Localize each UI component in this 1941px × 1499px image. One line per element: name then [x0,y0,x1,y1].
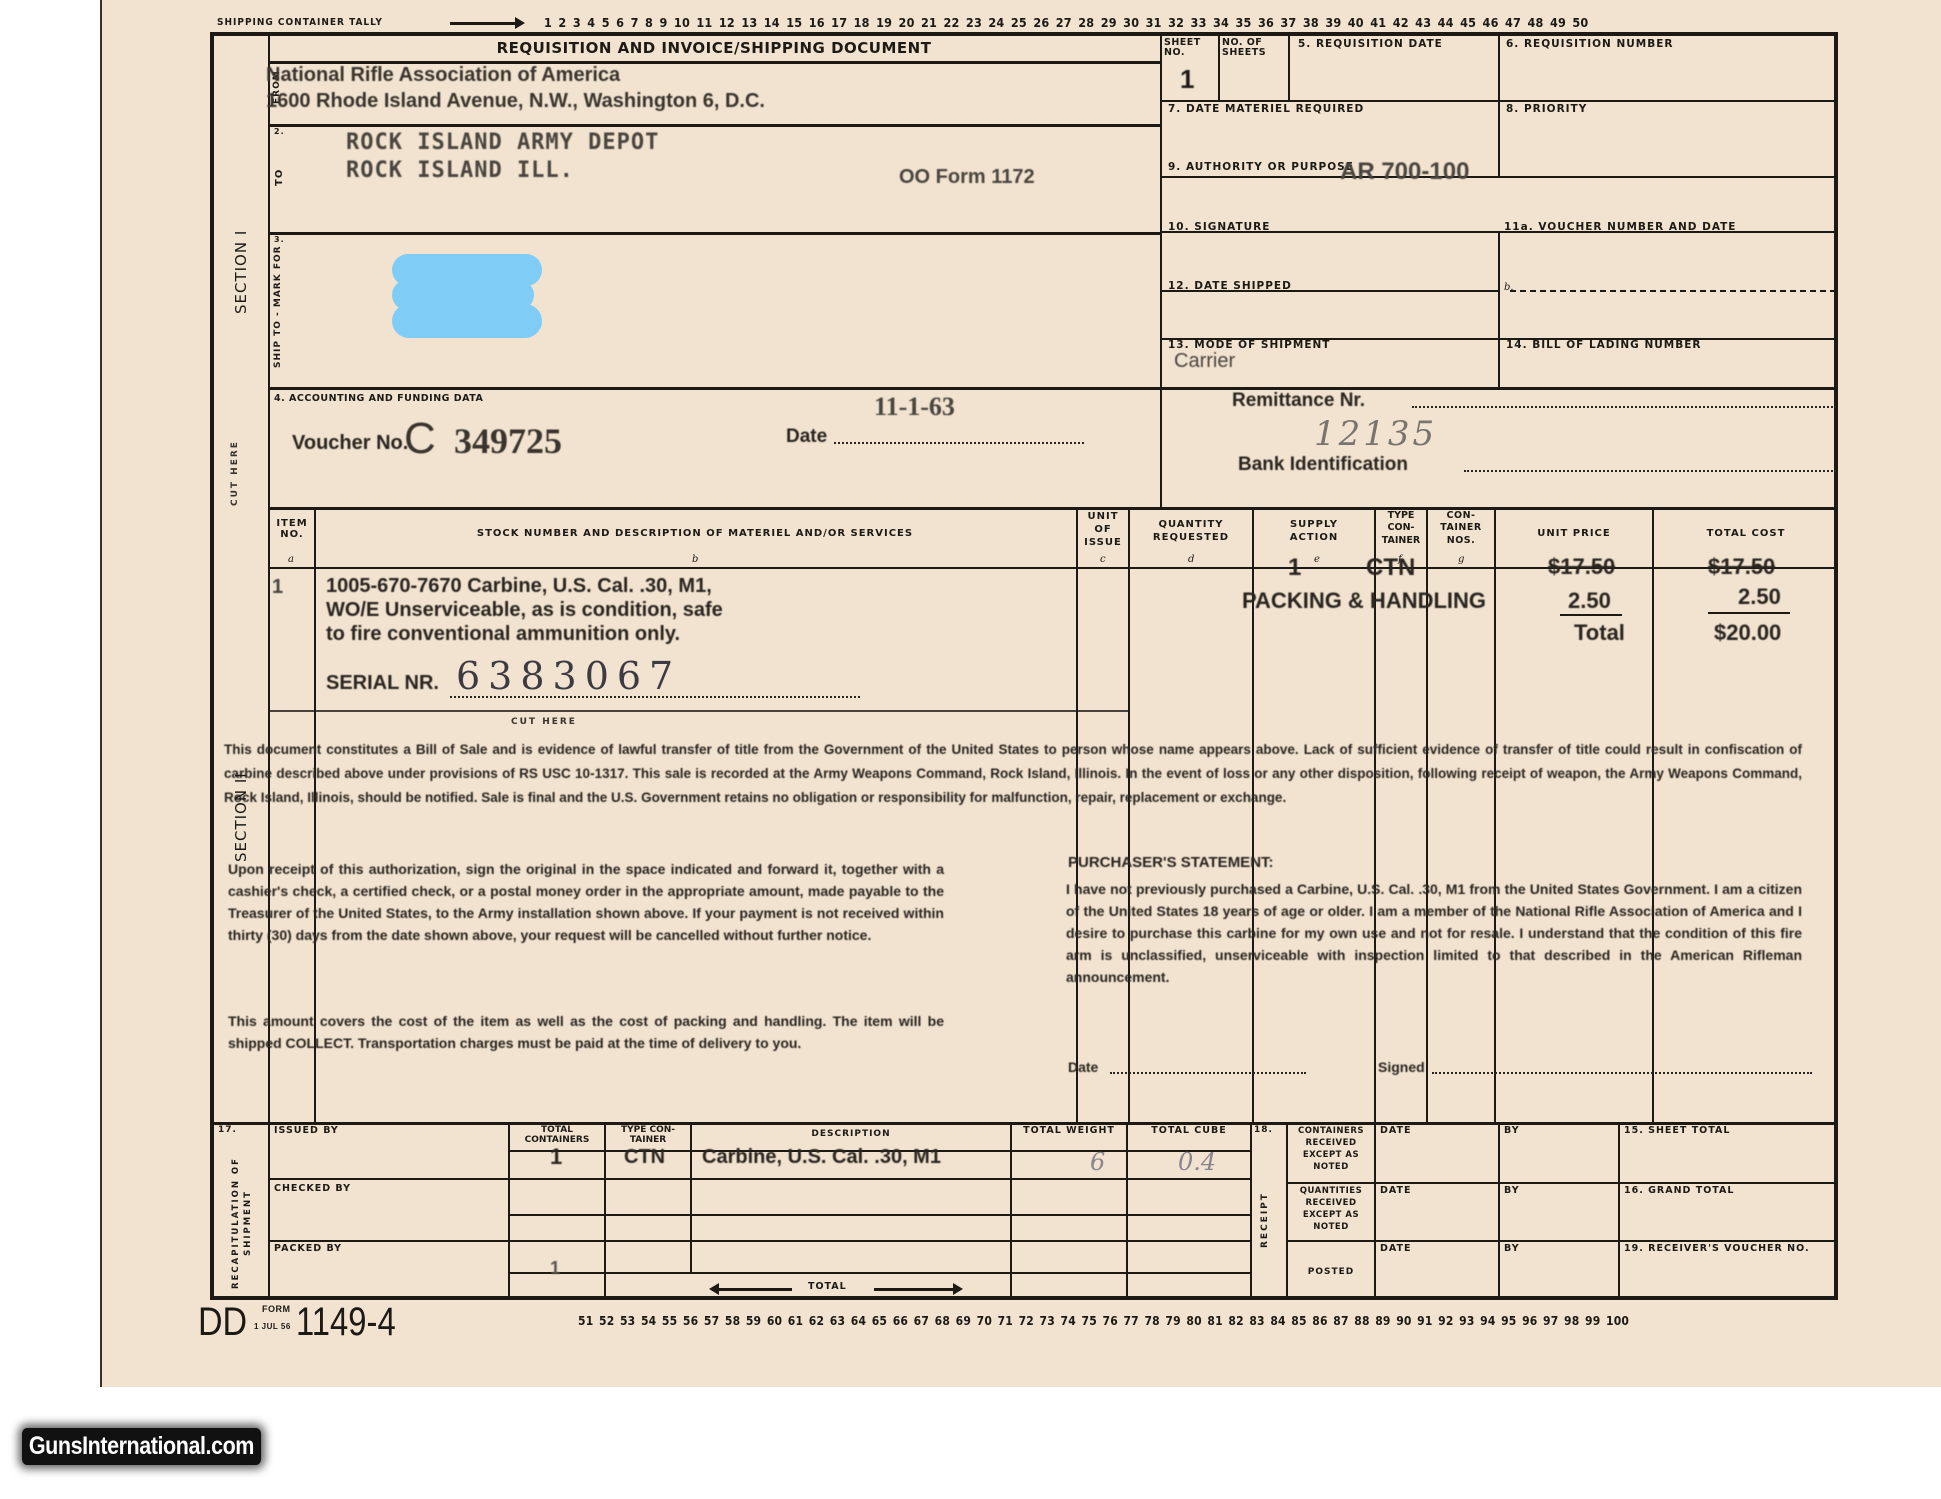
date-materiel-required-label: 7. DATE MATERIEL REQUIRED [1168,104,1364,116]
cut-here-side-label: CUT HERE [230,440,240,506]
posted-label: POSTED [1288,1268,1374,1278]
item-unit-price: $17.50 [1548,554,1615,580]
section-1-label: SECTION I [232,230,250,314]
sum-underline [1708,612,1790,614]
purchaser-date-label[interactable]: Date [1068,1056,1098,1078]
recap-total-weight: 6 [1090,1148,1105,1176]
containers-received-label: CONTAINERS RECEIVED EXCEPT AS NOTED [1288,1126,1374,1174]
col-item-no: ITEM NO. [270,518,314,540]
sheet-no-value: 1 [1180,64,1194,95]
form-title: REQUISITION AND INVOICE/SHIPPING DOCUMEN… [268,40,1160,57]
mode-of-shipment-value: Carrier [1174,350,1235,373]
col-quantity-requested: QUANTITY REQUESTED [1130,518,1252,544]
dashed-divider [1510,290,1836,292]
bank-underline [1464,470,1836,472]
col-letter-d: d [1188,554,1194,565]
item-total-cost: $17.50 [1708,554,1775,580]
col-letter-c: c [1100,554,1106,565]
item-supply-action: 1 [1288,554,1301,582]
remittance-value: 12135 [1314,414,1437,454]
arrow-left-icon [712,1288,792,1291]
total-weight-label: TOTAL WEIGHT [1012,1126,1126,1136]
col-container-nos: CON-TAINER NOS. [1428,510,1494,547]
voucher-number-date-label: 11a. VOUCHER NUMBER AND DATE [1504,222,1736,234]
dd-form-1149: REQUISITION AND INVOICE/SHIPPING DOCUMEN… [210,32,1838,1300]
divider [508,1214,1250,1216]
to-line-2: ROCK ISLAND ILL. [346,158,574,183]
date-value: 11-1-63 [874,392,955,422]
packed-by-label: PACKED BY [274,1244,342,1254]
divider [1374,1122,1376,1300]
divider [1128,507,1130,1122]
remittance-label: Remittance Nr. [1232,390,1365,412]
bank-identification-label: Bank Identification [1238,454,1408,476]
receipt-date-label-2: DATE [1380,1186,1411,1196]
form-dd-label: DD [198,1300,247,1345]
purchaser-signed-label[interactable]: Signed [1378,1056,1425,1078]
item-description-line-2: WO/E Unserviceable, as is condition, saf… [326,598,723,622]
voucher-b-label: b. [1504,282,1514,293]
receipt-by-label-1: BY [1504,1126,1520,1136]
remittance-underline [1412,406,1836,408]
col-letter-b: b [692,554,698,565]
bill-of-sale-text: This document constitutes a Bill of Sale… [224,738,1802,810]
divider [1286,1240,1838,1242]
col-letter-g: g [1458,554,1464,565]
from-line-1: National Rifle Association of America [266,64,620,87]
divider [1160,176,1838,178]
divider [268,124,1160,127]
arrow-right-icon [450,22,522,25]
item-description-line-3: to fire conventional ammunition only. [326,622,680,646]
receipt-by-label-3: BY [1504,1244,1520,1254]
divider [1618,1122,1620,1300]
receipt-side-label: RECEIPT [1260,1192,1270,1248]
total-value: $20.00 [1714,620,1781,646]
voucher-number: 349725 [454,420,562,462]
receipt-date-label-3: DATE [1380,1244,1411,1254]
recap-packed-containers: 1 [550,1258,560,1279]
to-label: TO [274,169,285,186]
divider [690,1122,692,1272]
item-description-line-1: 1005-670-7670 Carbine, U.S. Cal. .30, M1… [326,574,712,598]
purchasers-statement-text: I have not previously purchased a Carbin… [1066,878,1802,988]
total-row-label: TOTAL [808,1282,847,1292]
receipt-by-label-2: BY [1504,1186,1520,1196]
receivers-voucher-label: 19. RECEIVER'S VOUCHER NO. [1624,1244,1810,1254]
divider [1288,36,1290,100]
sum-underline [1560,614,1622,616]
divider [1498,36,1500,176]
purchaser-date-line [1110,1072,1306,1074]
col-unit-price: UNIT PRICE [1496,528,1652,539]
divider [1286,1182,1838,1184]
divider [1494,507,1496,1122]
issued-by-label: ISSUED BY [274,1126,339,1136]
to-form-reference: OO Form 1172 [899,166,1035,189]
sheet-no-label: SHEET NO. [1164,38,1218,59]
date-shipped-label: 12. DATE SHIPPED [1168,281,1292,293]
packing-total-cost: 2.50 [1738,584,1781,610]
shipping-container-tally-label: SHIPPING CONTAINER TALLY [217,17,383,28]
ship-to-label: SHIP TO - MARK FOR [273,245,283,368]
signature-label: 10. SIGNATURE [1168,222,1270,234]
grand-total-label: 16. GRAND TOTAL [1624,1186,1734,1196]
requisition-number-label: 6. REQUISITION NUMBER [1506,39,1674,51]
col-total-cost: TOTAL COST [1654,528,1838,539]
cut-line [268,710,1130,712]
bill-of-lading-label: 14. BILL OF LADING NUMBER [1506,340,1701,352]
col-description: STOCK NUMBER AND DESCRIPTION OF MATERIEL… [314,528,1076,539]
divider [1218,36,1220,100]
authority-purpose-value: AR 700-100 [1340,158,1469,186]
priority-label: 8. PRIORITY [1506,104,1587,116]
divider [1076,507,1078,1122]
serial-value: 6383067 [456,654,681,698]
total-label: Total [1574,620,1625,646]
section-2-label: SECTION II [232,772,250,862]
quantities-received-label: QUANTITIES RECEIVED EXCEPT AS NOTED [1288,1186,1374,1234]
recap-total-cube: 0.4 [1178,1148,1216,1176]
description-label: DESCRIPTION [692,1130,1010,1140]
to-field-number: 2. [274,128,285,137]
receipt-number: 18. [1254,1126,1273,1136]
divider [268,507,1838,510]
packing-handling-label: PACKING & HANDLING [1242,588,1486,614]
arrow-right-icon [874,1288,960,1291]
col-type-container: TYPE CON-TAINER [1376,510,1426,547]
from-line-2: 1600 Rhode Island Avenue, N.W., Washingt… [266,90,765,113]
recap-number: 17. [218,1126,237,1136]
voucher-prefix: C [404,414,436,464]
receipt-date-label-1: DATE [1380,1126,1411,1136]
cut-here-label: CUT HERE [444,718,644,728]
sheet-total-label: 15. SHEET TOTAL [1624,1126,1730,1136]
tally-numbers-top: 1 2 3 4 5 6 7 8 9 10 11 12 13 14 15 16 1… [544,15,1588,30]
form-number: 1149-4 [296,1300,396,1345]
col-supply-action: SUPPLY ACTION [1254,518,1374,544]
to-line-1: ROCK ISLAND ARMY DEPOT [346,130,659,155]
col-unit-of-issue: UNIT OF ISSUE [1078,510,1128,549]
date-label: Date [786,426,827,448]
packing-unit-price: 2.50 [1568,588,1611,614]
item-type-container: CTN [1366,554,1415,582]
divider [1652,507,1654,1122]
divider [508,1272,1250,1274]
recap-description: Carbine, U.S. Cal. .30, M1 [702,1146,941,1169]
purchasers-statement-title: PURCHASER'S STATEMENT: [1068,852,1568,874]
ship-to-field-number: 3. [274,236,285,245]
date-underline [834,442,1084,444]
col-letter-e: e [1314,554,1320,565]
checked-by-label: CHECKED BY [274,1184,351,1194]
payment-instructions: Upon receipt of this authorization, sign… [228,858,944,946]
total-cube-label: TOTAL CUBE [1128,1126,1250,1136]
tally-numbers-bottom: 51 52 53 54 55 56 57 58 59 60 61 62 63 6… [578,1314,1629,1328]
recap-total-containers: 1 [550,1144,562,1170]
total-containers-label: TOTAL CONTAINERS [510,1126,604,1146]
section-column-divider [268,36,270,1300]
divider [1498,1122,1500,1300]
form-date: 1 JUL 56 [254,1322,291,1331]
no-of-sheets-label: NO. OF SHEETS [1222,38,1286,59]
divider [1160,100,1838,102]
divider [268,1178,1250,1180]
packing-instructions: This amount covers the cost of the item … [228,1010,944,1054]
voucher-no-label: Voucher No. [292,432,408,455]
divider [1498,231,1500,389]
serial-label: SERIAL NR. [326,672,439,695]
type-container-label: TYPE CON-TAINER [606,1126,690,1146]
authority-purpose-label: 9. AUTHORITY OR PURPOSE [1168,162,1354,174]
redaction-mark [392,304,542,338]
form-word: FORM [262,1304,291,1314]
purchaser-signature-line [1432,1072,1812,1074]
serial-underline [450,696,860,698]
recap-side-label: RECAPITULATION OF SHIPMENT [230,1148,254,1298]
recap-type-container: CTN [624,1146,665,1169]
right-block-divider [1160,36,1162,509]
col-letter-a: a [288,554,294,565]
divider [268,232,1160,235]
item-no: 1 [272,576,283,599]
requisition-date-label: 5. REQUISITION DATE [1298,39,1443,51]
divider [1250,1122,1252,1300]
gunsinternational-watermark: GunsInternational.com [22,1428,261,1465]
accounting-funding-label: 4. ACCOUNTING AND FUNDING DATA [274,394,483,404]
divider [268,1240,1250,1242]
divider [268,387,1838,390]
